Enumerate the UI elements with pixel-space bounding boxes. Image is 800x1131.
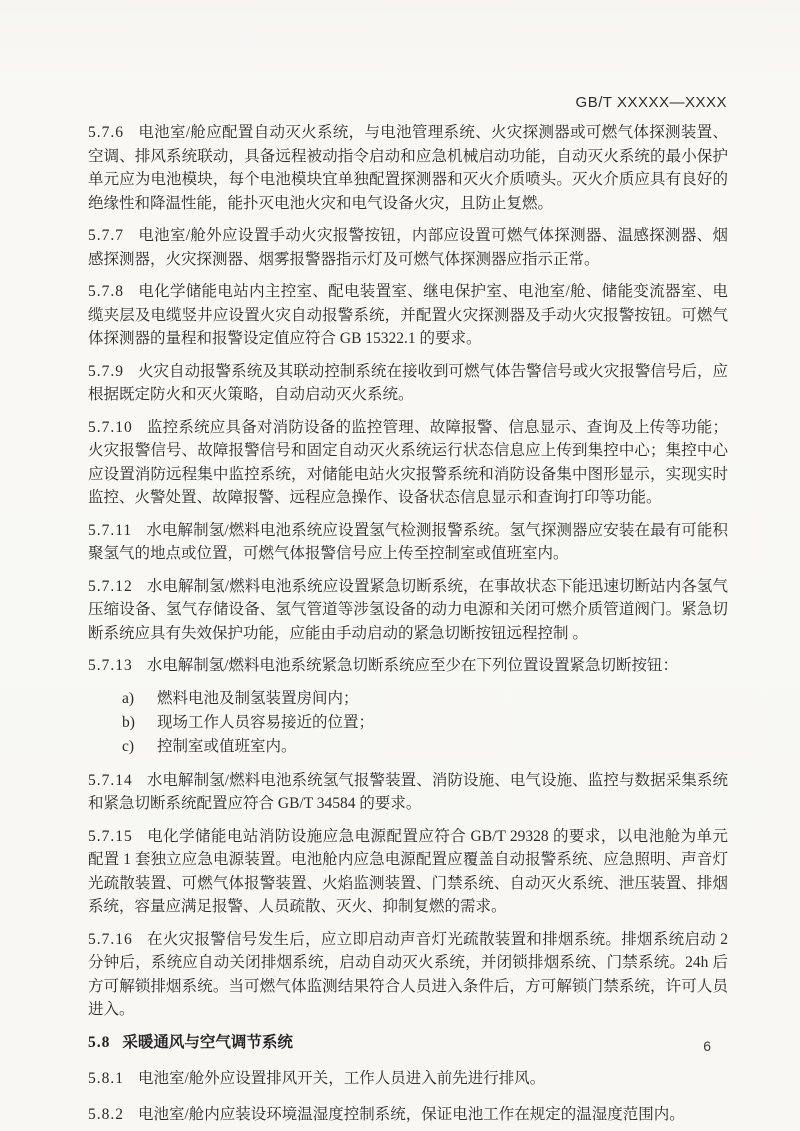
clause-number: 5.8.1 — [88, 1070, 124, 1087]
doc-number-header: GB/T XXXXX—XXXX — [576, 94, 727, 111]
list-item: b)现场工作人员容易接近的位置； — [122, 711, 728, 735]
clause-text: 水电解制氢/燃料电池系统应设置紧急切断系统，在事故状态下能迅速切断站内各氢气压缩… — [88, 578, 728, 642]
clause-5-7-12: 5.7.12水电解制氢/燃料电池系统应设置紧急切断系统，在事故状态下能迅速切断站… — [88, 575, 728, 646]
list-item-text: 现场工作人员容易接近的位置； — [157, 714, 374, 731]
clause-5-7-14: 5.7.14水电解制氢/燃料电池系统氢气报警装置、消防设施、电气设施、监控与数据… — [88, 769, 728, 816]
clause-5-7-9: 5.7.9火灾自动报警系统及其联动控制系统在接收到可燃气体告警信号或火灾报警信号… — [88, 360, 728, 407]
clause-number: 5.7.7 — [88, 227, 124, 244]
clause-number: 5.7.6 — [88, 124, 124, 141]
clause-number: 5.7.9 — [88, 363, 124, 380]
clause-number: 5.7.12 — [88, 578, 133, 595]
list-marker: a) — [122, 687, 144, 711]
clause-text: 水电解制氢/燃料电池系统应设置氢气检测报警系统。氢气探测器应安装在最有可能积聚氢… — [88, 522, 728, 563]
clause-text: 电池室/舱外应设置排风开关，工作人员进入前先进行排风。 — [138, 1070, 545, 1087]
list-item-text: 控制室或值班室内。 — [157, 738, 297, 755]
list-item: c)控制室或值班室内。 — [122, 735, 728, 759]
clause-text: 电化学储能电站消防设施应急电源配置应符合 GB/T 29328 的要求，以电池舱… — [88, 828, 728, 916]
clause-5-7-10: 5.7.10监控系统应具备对消防设备的监控管理、故障报警、信息显示、查询及上传等… — [88, 416, 728, 510]
clause-5-8-1: 5.8.1电池室/舱外应设置排风开关，工作人员进入前先进行排风。 — [88, 1067, 728, 1091]
clause-number: 5.7.8 — [88, 283, 124, 300]
clause-text: 电池室/舱应配置自动灭火系统，与电池管理系统、火灾探测器或可燃气体探测装置、空调… — [88, 124, 728, 212]
clause-text: 水电解制氢/燃料电池系统氢气报警装置、消防设施、电气设施、监控与数据采集系统和紧… — [88, 772, 728, 813]
clause-number: 5.7.13 — [88, 657, 133, 674]
page-number: 6 — [703, 1038, 711, 1054]
clause-5-7-16: 5.7.16在火灾报警信号发生后，应立即启动声音灯光疏散装置和排烟系统。排烟系统… — [88, 928, 728, 1022]
list-marker: b) — [122, 711, 144, 735]
clause-number: 5.7.15 — [88, 828, 133, 845]
clause-5-7-13: 5.7.13水电解制氢/燃料电池系统紧急切断系统应至少在下列位置设置紧急切断按钮… — [88, 654, 728, 678]
clause-number: 5.7.14 — [88, 772, 133, 789]
list-marker: c) — [122, 735, 144, 759]
clause-text: 在火灾报警信号发生后，应立即启动声音灯光疏散装置和排烟系统。排烟系统启动 2 分… — [88, 931, 728, 1019]
clause-text: 电池室/舱内应装设环境温湿度控制系统，保证电池工作在规定的温湿度范围内。 — [138, 1106, 685, 1123]
clause-5-7-11: 5.7.11水电解制氢/燃料电池系统应设置氢气检测报警系统。氢气探测器应安装在最… — [88, 519, 728, 566]
clause-text: 火灾自动报警系统及其联动控制系统在接收到可燃气体告警信号或火灾报警信号后，应根据… — [88, 363, 728, 404]
clause-text: 水电解制氢/燃料电池系统紧急切断系统应至少在下列位置设置紧急切断按钮： — [147, 657, 678, 674]
clause-number: 5.7.10 — [88, 419, 133, 436]
clause-text: 监控系统应具备对消防设备的监控管理、故障报警、信息显示、查询及上传等功能；火灾报… — [88, 419, 728, 507]
document-page: GB/T XXXXX—XXXX 5.7.6电池室/舱应配置自动灭火系统，与电池管… — [0, 0, 800, 1131]
section-heading-5-8: 5.8采暖通风与空气调节系统 — [88, 1031, 728, 1055]
list-item: a)燃料电池及制氢装置房间内； — [122, 687, 728, 711]
list-item-text: 燃料电池及制氢装置房间内； — [157, 690, 359, 707]
section-number: 5.8 — [88, 1034, 110, 1051]
clause-5-7-6: 5.7.6电池室/舱应配置自动灭火系统，与电池管理系统、火灾探测器或可燃气体探测… — [88, 121, 728, 215]
clause-text: 电池室/舱外应设置手动火灾报警按钮，内部应设置可燃气体探测器、温感探测器、烟感探… — [88, 227, 728, 268]
clause-5-7-15: 5.7.15电化学储能电站消防设施应急电源配置应符合 GB/T 29328 的要… — [88, 825, 728, 919]
clause-5-7-13-list: a)燃料电池及制氢装置房间内； b)现场工作人员容易接近的位置； c)控制室或值… — [88, 687, 728, 759]
clause-number: 5.8.2 — [88, 1106, 124, 1123]
clause-text: 电化学储能电站内主控室、配电装置室、继电保护室、电池室/舱、储能变流器室、电缆夹… — [88, 283, 728, 347]
clause-5-7-8: 5.7.8电化学储能电站内主控室、配电装置室、继电保护室、电池室/舱、储能变流器… — [88, 280, 728, 351]
clause-5-7-7: 5.7.7电池室/舱外应设置手动火灾报警按钮，内部应设置可燃气体探测器、温感探测… — [88, 224, 728, 271]
document-body: 5.7.6电池室/舱应配置自动灭火系统，与电池管理系统、火灾探测器或可燃气体探测… — [88, 121, 728, 1131]
clause-number: 5.7.16 — [88, 931, 133, 948]
clause-number: 5.7.11 — [88, 522, 132, 539]
section-title: 采暖通风与空气调节系统 — [122, 1034, 293, 1051]
clause-5-8-2: 5.8.2电池室/舱内应装设环境温湿度控制系统，保证电池工作在规定的温湿度范围内… — [88, 1103, 728, 1127]
